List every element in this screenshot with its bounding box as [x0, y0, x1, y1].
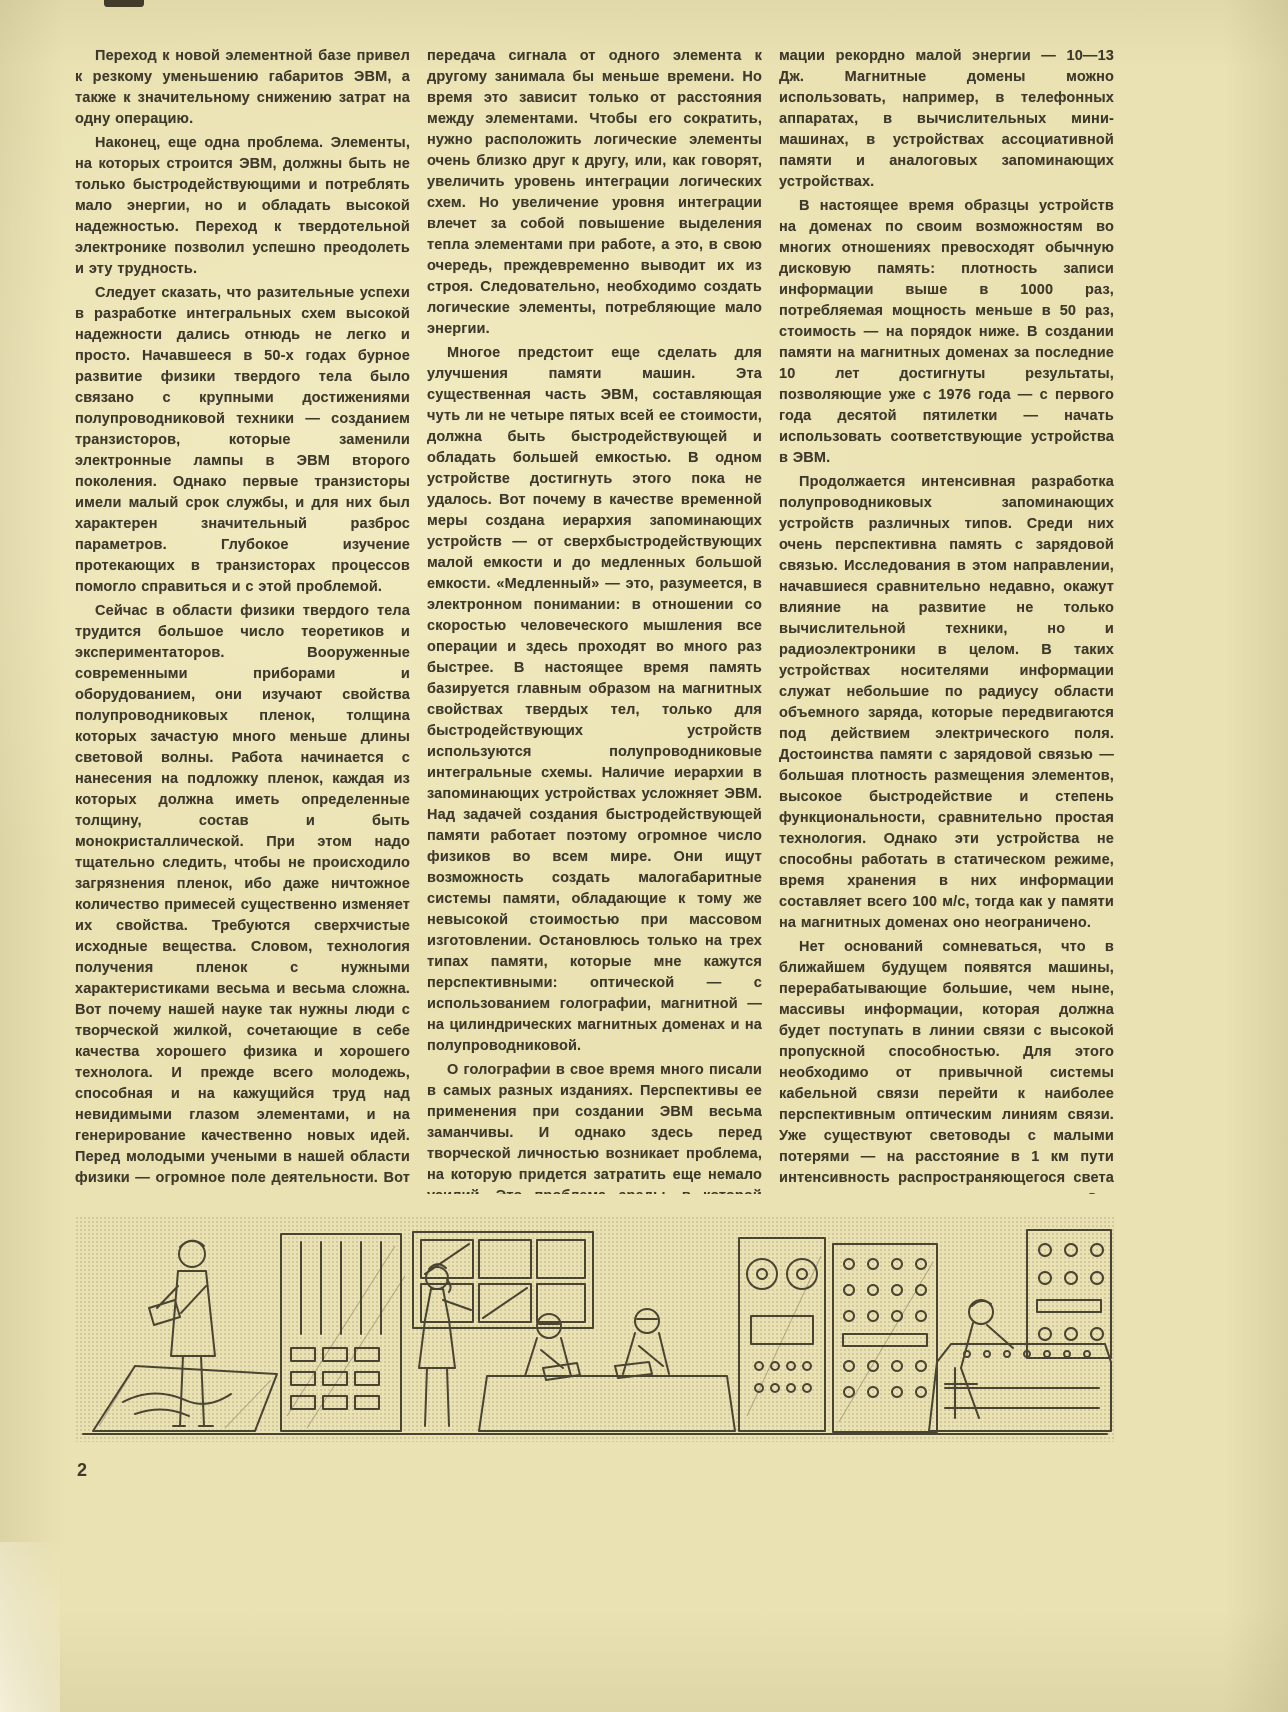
page-number: 2 — [77, 1460, 1115, 1481]
scan-artifact — [104, 0, 144, 7]
text-column-1: Переход к новой элементной базе привел к… — [75, 46, 410, 1194]
paragraph: Наконец, еще одна проблема. Элементы, на… — [75, 130, 410, 280]
paragraph: мации рекордно малой энергии — 10—13 Дж.… — [779, 46, 1114, 193]
paragraph: передача сигнала от одного элемента к др… — [427, 46, 762, 340]
magazine-page: Переход к новой элементной базе привел к… — [75, 46, 1115, 1481]
scan-edge-highlight — [0, 1542, 60, 1712]
paragraph: Многое предстоит еще сделать для улучшен… — [427, 340, 762, 1057]
paragraph: Нет оснований сомневаться, что в ближайш… — [779, 934, 1114, 1194]
paragraph: Сейчас в области физики твердого тела тр… — [75, 598, 410, 1194]
scanned-magazine-page: { "page": { "number": "2" }, "colors": {… — [0, 0, 1288, 1712]
article-columns: Переход к новой элементной базе привел к… — [75, 46, 1115, 1194]
text-column-2: передача сигнала от одного элемента к др… — [427, 46, 762, 1194]
paragraph: Переход к новой элементной базе привел к… — [75, 46, 410, 130]
text-column-3: мации рекордно малой энергии — 10—13 Дж.… — [779, 46, 1114, 1194]
illustration-computing-center — [75, 1216, 1115, 1442]
paragraph: О голографии в свое время много писали в… — [427, 1057, 762, 1194]
paragraph: В настоящее время образцы устройств на д… — [779, 193, 1114, 469]
paragraph: Продолжается интенсивная разработка полу… — [779, 469, 1114, 934]
paragraph: Следует сказать, что разительные успехи … — [75, 280, 410, 598]
computing-center-drawing — [75, 1216, 1115, 1442]
